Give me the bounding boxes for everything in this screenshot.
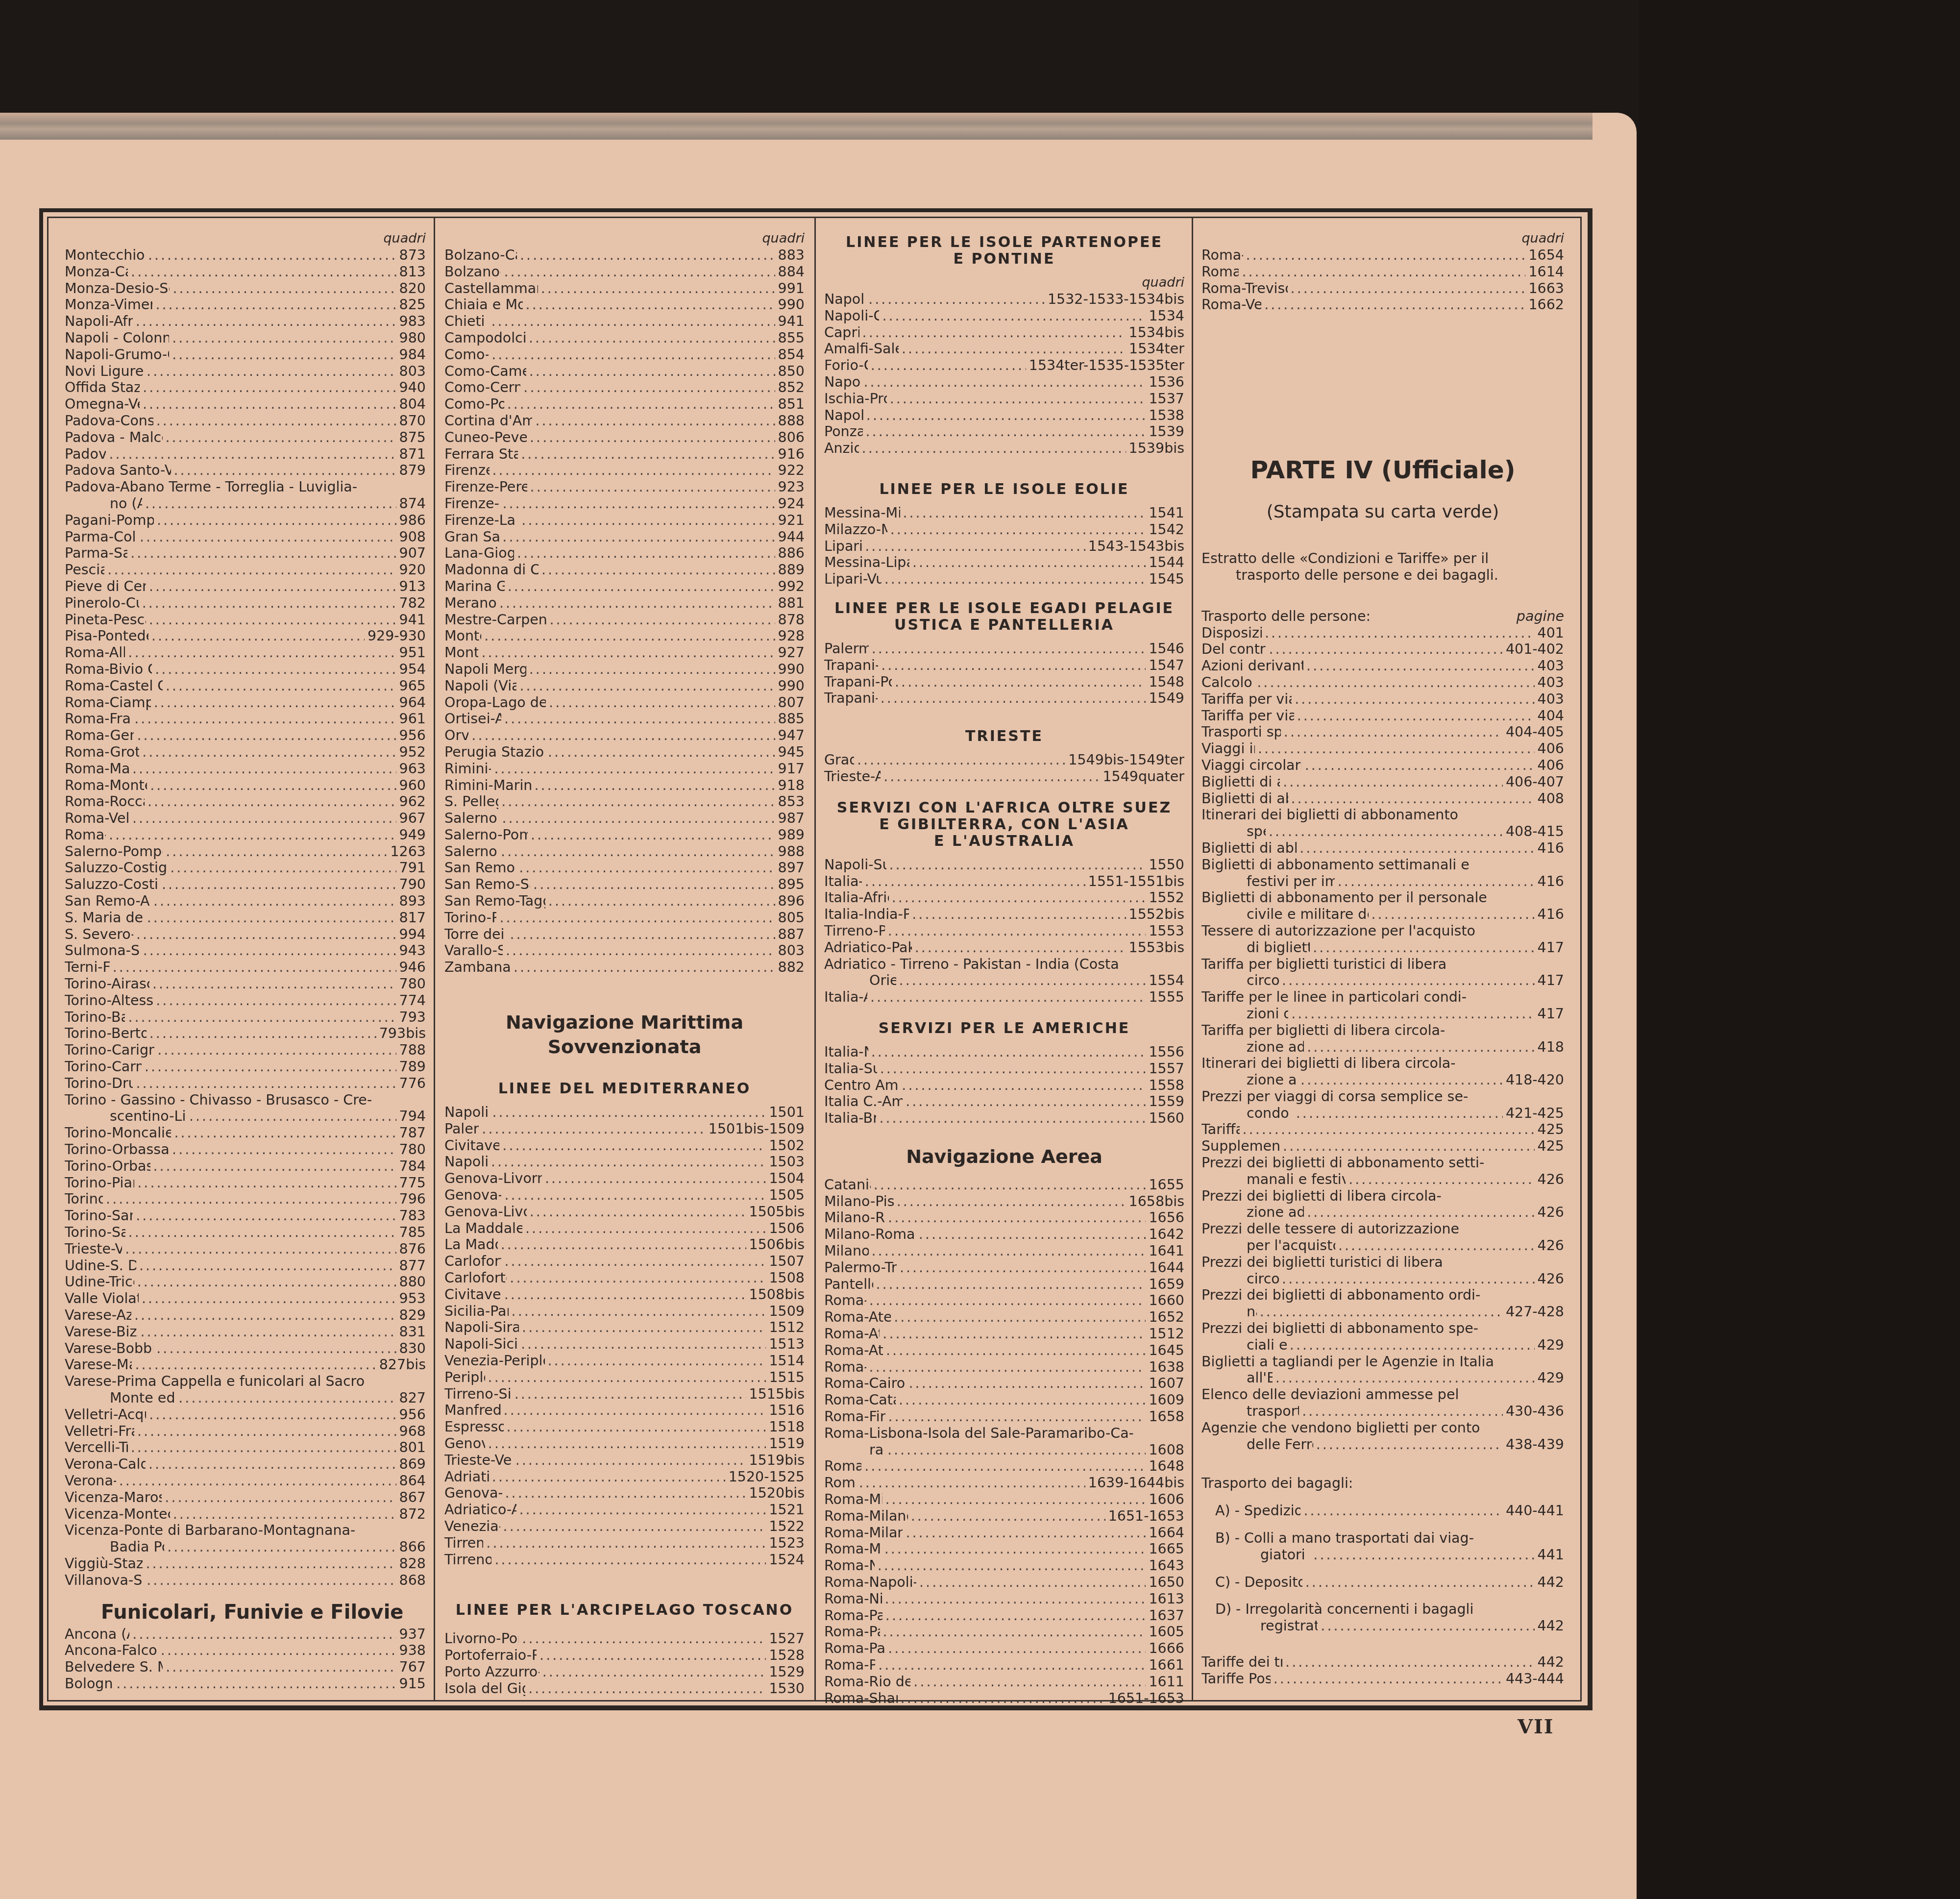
index-entry: Milazzo-Malfa o Rinella1542 bbox=[824, 521, 1184, 538]
index-entry: Biglietti di abbonamento per il personal… bbox=[1201, 889, 1564, 923]
entry-reference-number: 1658bis bbox=[1129, 1193, 1184, 1210]
index-entry: Verona-Caldiero-Sambonifacio869 bbox=[65, 1456, 426, 1473]
entry-reference-number: 1530 bbox=[769, 1680, 805, 1697]
leader-dots bbox=[871, 357, 1026, 374]
entry-name: Pagani-Pompei Santuario (Autom.) bbox=[65, 512, 154, 529]
section-heading-eolie: LINEE PER LE ISOLE EOLIE bbox=[824, 481, 1184, 498]
entry-name: C) - Deposito dei colli nelle stazioni bbox=[1215, 1574, 1302, 1591]
entry-reference-number: 1552bis bbox=[1129, 906, 1184, 923]
index-entry: Chieti (Filovia)941 bbox=[444, 313, 805, 330]
entry-name: Tariffe per le linee in particolari cond… bbox=[1201, 989, 1564, 1006]
entry-reference-number: 851 bbox=[778, 396, 805, 413]
entry-reference-number: 785 bbox=[399, 1224, 426, 1241]
entry-name: Tariffa per biglietti di libera circola- bbox=[1201, 1022, 1564, 1039]
entry-name: Biglietti di abbonamento speciali bbox=[1201, 790, 1288, 807]
entry-reference-number: 929-930 bbox=[367, 628, 426, 644]
leader-dots bbox=[162, 876, 396, 893]
leader-dots bbox=[1269, 641, 1503, 658]
index-list: A) - Spedizioni trasportate in bagagliai… bbox=[1201, 1503, 1564, 1634]
leader-dots bbox=[1265, 625, 1535, 641]
index-entry: Saluzzo-Costigliole-Venasca (Autom.)790 bbox=[65, 876, 426, 893]
entry-reference-number: 803 bbox=[778, 942, 805, 959]
index-entry: Trieste-Ancona-Ravenna1549quater bbox=[824, 768, 1184, 785]
entry-name: Roma-Rio de Janeiro-Buenos Ayres bbox=[824, 1674, 910, 1690]
entry-name: Tariffa per viaggi di andata e ritorno bbox=[1201, 708, 1294, 724]
leader-dots bbox=[494, 1552, 766, 1568]
leader-dots bbox=[504, 1286, 746, 1303]
leader-dots bbox=[880, 1060, 1146, 1077]
entry-name: Cortina d'Ampezzo-Faloria e Pocol bbox=[444, 413, 532, 429]
index-entry: Sicilia-Pantelleria-Tunisi1509 bbox=[444, 1303, 805, 1320]
leader-dots bbox=[1295, 691, 1534, 708]
leader-dots bbox=[529, 330, 775, 346]
leader-dots bbox=[517, 545, 775, 562]
entry-name: Pineta-Pescara Stazione-Zanni bbox=[65, 612, 146, 628]
entry-name: Velletri-Frascati (Autom.) bbox=[65, 1423, 134, 1440]
entry-reference-number: 1560 bbox=[1149, 1110, 1184, 1127]
index-entry: Como-Ponte Chiasso851 bbox=[444, 396, 805, 413]
index-entry: Ponza-Gaeta1539 bbox=[824, 423, 1184, 440]
entry-reference-number: 895 bbox=[778, 876, 805, 893]
column-divider bbox=[434, 217, 435, 1702]
entry-reference-number: 883 bbox=[778, 247, 805, 264]
entry-name: Orvieto bbox=[444, 727, 468, 744]
index-entry: Torino-Sanatorio S. Luigi783 bbox=[65, 1208, 426, 1224]
persone-subheading: Trasporto delle persone: pagine bbox=[1201, 608, 1564, 625]
leader-dots bbox=[142, 744, 396, 761]
entry-name-continued: circolazione bbox=[1247, 972, 1279, 989]
leader-dots bbox=[150, 777, 396, 794]
entry-reference-number: 1655 bbox=[1149, 1177, 1184, 1193]
entry-name: Messina-Milazzo-Eolie-Napoli bbox=[824, 505, 900, 521]
entry-reference-number: 990 bbox=[778, 661, 805, 678]
entry-reference-number: 1614 bbox=[1528, 264, 1564, 280]
index-entry: Civitavecchia-Olbia1502 bbox=[444, 1137, 805, 1154]
entry-reference-number: 1659 bbox=[1149, 1276, 1184, 1293]
leader-dots bbox=[109, 827, 396, 843]
entry-reference-number: 1538 bbox=[1149, 407, 1184, 424]
entry-reference-number: 878 bbox=[778, 612, 805, 628]
index-entry: D) - Irregolarità concernenti i bagaglir… bbox=[1215, 1601, 1564, 1634]
entry-reference-number: 442 bbox=[1538, 1574, 1564, 1591]
index-entry: Lana-Giogo di San Vigilio886 bbox=[444, 545, 805, 562]
entry-reference-number: 775 bbox=[399, 1175, 426, 1191]
leader-dots bbox=[116, 1676, 396, 1692]
entry-name: Prezzi dei biglietti di abbonamento spe- bbox=[1201, 1320, 1564, 1337]
entry-reference-number: 952 bbox=[399, 744, 426, 761]
entry-name: Messina-Lipari-Alicudi e viceversa bbox=[824, 554, 909, 571]
index-entry: La Maddalena-Palau-Bonifacio1506 bbox=[444, 1220, 805, 1237]
leader-dots bbox=[143, 942, 396, 959]
entry-reference-number: 1263 bbox=[390, 843, 426, 860]
entry-name: A) - Spedizioni trasportate in bagagliai… bbox=[1215, 1503, 1300, 1519]
leader-dots bbox=[153, 1158, 396, 1175]
index-entry: Tirreno-Soria1523 bbox=[444, 1535, 805, 1552]
entry-name: Anzio-Ponza bbox=[824, 440, 859, 457]
entry-reference-number: 1537 bbox=[1149, 391, 1184, 407]
leader-dots bbox=[919, 1574, 1146, 1591]
column-2: quadri Bolzano-Cast. del Guncinà883Bolza… bbox=[444, 230, 805, 1697]
entry-reference-number: 1645 bbox=[1149, 1342, 1184, 1359]
entry-reference-number: 1521 bbox=[769, 1502, 805, 1518]
entry-reference-number: 403 bbox=[1538, 674, 1564, 691]
index-entry: Roma-Frascati (Autom.)961 bbox=[65, 711, 426, 727]
leader-dots bbox=[486, 1535, 766, 1552]
entry-reference-number: 994 bbox=[399, 926, 426, 943]
index-entry: Roma-Tel Aviv1654 bbox=[1201, 247, 1564, 264]
entry-reference-number: 429 bbox=[1538, 1370, 1564, 1386]
leader-dots bbox=[881, 690, 1146, 707]
entry-reference-number: 442 bbox=[1538, 1654, 1564, 1671]
entry-name: Roma-Cagliari bbox=[824, 1359, 866, 1376]
entry-name: D) - Irregolarità concernenti i bagagli bbox=[1215, 1601, 1564, 1618]
entry-reference-number: 1551-1551bis bbox=[1088, 873, 1184, 890]
index-entry: Tariffe Postali e Telegrafiche443-444 bbox=[1201, 1671, 1564, 1687]
entry-reference-number: 416 bbox=[1538, 873, 1564, 890]
section-heading-africa: SERVIZI CON L'AFRICA OLTRE SUEZ E GIBILT… bbox=[824, 800, 1184, 850]
leader-dots bbox=[147, 793, 396, 810]
index-entry: Roma-Shannon-Gander-New York1651-1653 bbox=[824, 1690, 1184, 1707]
entry-reference-number: 804 bbox=[399, 396, 426, 413]
entry-reference-number: 1552 bbox=[1149, 889, 1184, 906]
entry-reference-number: 408 bbox=[1538, 790, 1564, 807]
entry-name-continued: zione ad itinerario fisso bbox=[1247, 1072, 1298, 1088]
entry-name: Roma-Genzano (Autom.) bbox=[65, 727, 134, 744]
bagagli-label: Trasporto dei bagagli: bbox=[1201, 1475, 1564, 1492]
index-entry: Torino-Barca-Settimo793 bbox=[65, 1009, 426, 1026]
entry-name: Italia-Brasile-Plata bbox=[824, 1110, 876, 1127]
entry-reference-number: 767 bbox=[399, 1659, 426, 1676]
leader-dots bbox=[912, 906, 1126, 923]
leader-dots bbox=[504, 1402, 766, 1419]
entry-reference-number: 850 bbox=[778, 363, 805, 380]
leader-dots bbox=[492, 1104, 766, 1121]
entry-name: Monza-Vimercate-Trezzo-Bergamo bbox=[65, 296, 152, 313]
entry-reference-number: 1515bis bbox=[749, 1386, 805, 1403]
leader-dots bbox=[548, 744, 775, 761]
index-entry: Padova-Piove871 bbox=[65, 446, 426, 463]
index-entry: Civitavecchia-Cagliari1508bis bbox=[444, 1286, 805, 1303]
index-entry: Sulmona-Stazione (Autom.)943 bbox=[65, 942, 426, 959]
leader-dots bbox=[909, 1375, 1146, 1392]
entry-name: Udine-Tricesimo-Tarcento bbox=[65, 1274, 134, 1290]
index-entry: Roma-Genzano (Autom.)956 bbox=[65, 727, 426, 744]
leader-dots bbox=[506, 942, 775, 959]
index-entry: Roma-Cagliari1638 bbox=[824, 1359, 1184, 1376]
leader-dots bbox=[147, 363, 396, 380]
leader-dots bbox=[1269, 823, 1503, 840]
index-entry: Bolzano-S. Genesio884 bbox=[444, 264, 805, 280]
leader-dots bbox=[1321, 1618, 1534, 1634]
entry-name: Prezzi per viaggi di corsa semplice se- bbox=[1201, 1088, 1564, 1105]
leader-dots bbox=[503, 1518, 766, 1535]
index-entry: Torino-Carignano-Saluzzo (Autom.)788 bbox=[65, 1042, 426, 1059]
index-entry: S. Severo-Torremaggiore994 bbox=[65, 926, 426, 943]
index-entry: Milano-Venezia1641 bbox=[824, 1243, 1184, 1259]
entry-reference-number: 1501bis-1509 bbox=[709, 1121, 805, 1137]
entry-name: Palermo-Trapani-Pantelleria bbox=[824, 1259, 897, 1276]
index-entry: Ischia-Procida-Pozzuoli1537 bbox=[824, 391, 1184, 407]
leader-dots bbox=[862, 440, 1126, 457]
leader-dots bbox=[155, 296, 396, 313]
leader-dots bbox=[901, 1690, 1105, 1707]
entry-reference-number: 1643 bbox=[1149, 1557, 1184, 1574]
leader-dots bbox=[549, 694, 775, 711]
column-1: quadri Montecchio S. Vitale-Chiampo873Mo… bbox=[65, 230, 426, 1692]
entry-reference-number: 917 bbox=[778, 761, 805, 777]
index-entry: Vercelli-Trino (Autom.)801 bbox=[65, 1439, 426, 1456]
leader-dots bbox=[895, 674, 1146, 691]
leader-dots bbox=[885, 1607, 1146, 1624]
index-entry: Napoli-Siracusa-Malta-Tripoli1512 bbox=[444, 1319, 805, 1336]
entry-reference-number: 1641 bbox=[1149, 1243, 1184, 1259]
leader-dots bbox=[128, 1224, 396, 1241]
entry-reference-number: 1503 bbox=[769, 1154, 805, 1170]
leader-dots bbox=[530, 1204, 746, 1220]
entry-name: S. Maria della Versa-Stradella bbox=[65, 910, 144, 926]
index-entry: Tariffa per viaggi di andata e ritorno40… bbox=[1201, 708, 1564, 724]
entry-name: Como-Ponte Chiasso bbox=[444, 396, 504, 413]
index-entry: Italia-Australia1555 bbox=[824, 989, 1184, 1006]
entry-name: Padova Santo-Venezia Piazz. Roma (Autom.… bbox=[65, 462, 171, 479]
entry-reference-number: 1520bis bbox=[749, 1485, 805, 1502]
entry-name-continued: all'Estero bbox=[1247, 1370, 1273, 1386]
entry-name: Napoli-Siracusa-Malta-Tripoli bbox=[444, 1319, 519, 1336]
entry-reference-number: 1544 bbox=[1149, 554, 1184, 571]
leader-dots bbox=[131, 264, 396, 280]
section-heading-partenopee: LINEE PER LE ISOLE PARTENOPEE E PONTINE bbox=[824, 234, 1184, 268]
entry-name: Varese-Bizzozero (Autom.) bbox=[65, 1324, 138, 1340]
entry-reference-number: 1650 bbox=[1149, 1574, 1184, 1591]
entry-name: Adriatico - Tirreno - Pakistan - India (… bbox=[824, 956, 1184, 973]
entry-reference-number: 1523 bbox=[769, 1535, 805, 1552]
leader-dots bbox=[521, 1336, 766, 1353]
leader-dots bbox=[1282, 972, 1535, 989]
leader-dots bbox=[125, 1241, 396, 1258]
entry-reference-number: 949 bbox=[399, 827, 426, 843]
entry-name: Agenzie che vendono biglietti per conto bbox=[1201, 1420, 1564, 1436]
entry-name: Ancona-Falconara Marittima (Filovia) bbox=[65, 1642, 158, 1659]
entry-reference-number: 956 bbox=[399, 1406, 426, 1423]
entry-reference-number: 803 bbox=[399, 363, 426, 380]
index-entry: Firenze-Fiesole922 bbox=[444, 462, 805, 479]
index-entry: Varese-Masnago (Autom.)827bis bbox=[65, 1356, 426, 1373]
entry-reference-number: 784 bbox=[399, 1158, 426, 1175]
entry-reference-number: 828 bbox=[399, 1555, 426, 1572]
leader-dots bbox=[174, 462, 396, 479]
index-entry: Montecchio S. Vitale-Chiampo873 bbox=[65, 247, 426, 264]
entry-name: Napoli-Cagliari bbox=[444, 1154, 488, 1170]
entry-name: Italia-Africa occidentale bbox=[824, 889, 889, 906]
entry-name: Roma-Cairo-Asmara-Mogadiscio bbox=[824, 1375, 906, 1392]
leader-dots bbox=[900, 1259, 1146, 1276]
section-heading-mediterraneo: LINEE DEL MEDITERRANEO bbox=[444, 1081, 805, 1097]
entry-name: Genova-Livorno-Bastia-Porto Torres bbox=[444, 1204, 527, 1220]
book-spine-background bbox=[1639, 0, 1960, 1899]
index-entry: Montenero927 bbox=[444, 644, 805, 661]
index-list: Roma-Tel Aviv1654Roma-Torino1614Roma-Tre… bbox=[1201, 247, 1564, 313]
index-entry: Espresso Italia-Egitto1518 bbox=[444, 1419, 805, 1435]
entry-name: Milano-Roma-Palermo bbox=[824, 1209, 885, 1226]
entry-name: Torino-Altessano-Venaria (Autom.) bbox=[65, 992, 153, 1009]
leader-dots bbox=[870, 989, 1146, 1006]
leader-dots bbox=[542, 1664, 766, 1680]
entry-reference-number: 1638 bbox=[1149, 1359, 1184, 1376]
entry-name: Tirreno-Soria bbox=[444, 1535, 483, 1552]
leader-dots bbox=[1305, 1574, 1535, 1591]
parte-iv-subtitle: (Stampata su carta verde) bbox=[1201, 501, 1564, 523]
entry-name: Varese-Azzate (Autom.) bbox=[65, 1307, 131, 1324]
index-entry: Italia C.-America-Nord Pacifico1559 bbox=[824, 1093, 1184, 1110]
index-entry: Carloforte-Calasetta1507 bbox=[444, 1253, 805, 1270]
entry-reference-number: 1512 bbox=[1149, 1326, 1184, 1342]
index-entry: Capri-Napoli1534bis bbox=[824, 324, 1184, 341]
index-entry: Italia-Sud Africa1551-1551bis bbox=[824, 873, 1184, 890]
entry-name: Roma-Milano-Nizza-Barcellona bbox=[824, 1525, 903, 1541]
entry-reference-number: 1559 bbox=[1149, 1093, 1184, 1110]
leader-dots bbox=[526, 296, 775, 313]
index-entry: Venezia-Cipro-Caifa1522 bbox=[444, 1518, 805, 1535]
leader-dots bbox=[912, 554, 1146, 571]
index-entry: Roma-Lisbona-Isola del Sale-Paramaribo-C… bbox=[824, 1425, 1184, 1458]
entry-name: Salerno-Pompei Villa dei Misteri bbox=[444, 827, 528, 843]
entry-name: Cuneo-Peveragno-Chiusa Pesio bbox=[444, 429, 527, 446]
entry-name-continued: giatori nelle carrozze bbox=[1260, 1547, 1310, 1563]
entry-name-continued: scentino-Livorno Ferraris (Autom.) bbox=[110, 1108, 186, 1125]
index-entry: Catania-Comiso1655 bbox=[824, 1177, 1184, 1193]
entry-reference-number: 941 bbox=[399, 612, 426, 628]
entry-reference-number: 1665 bbox=[1149, 1541, 1184, 1557]
entry-name: Napoli-Afragola-Caivano bbox=[65, 313, 133, 330]
index-entry: Roma-Bivio Grottaferrata-Frascati954 bbox=[65, 661, 426, 678]
index-entry: Salerno-Calvanico988 bbox=[444, 843, 805, 860]
leader-dots bbox=[147, 1572, 396, 1589]
entry-reference-number: 793bis bbox=[379, 1025, 426, 1042]
entry-name: Torino-Pino-Chieri bbox=[444, 910, 496, 926]
entry-name: Ponza-Gaeta bbox=[824, 423, 863, 440]
entry-name: Vercelli-Trino (Autom.) bbox=[65, 1439, 128, 1456]
index-entry: Genova-Pireo-Istanbul1520bis bbox=[444, 1485, 805, 1502]
entry-reference-number: 404-405 bbox=[1506, 724, 1564, 740]
index-entry: Prezzi dei biglietti di abbonamento spe-… bbox=[1201, 1320, 1564, 1354]
index-entry: Itinerari dei biglietti di libera circol… bbox=[1201, 1055, 1564, 1088]
leader-dots bbox=[1242, 264, 1525, 280]
leader-dots bbox=[141, 1324, 396, 1340]
index-entry: Viggiù-Staz. Bisuschio-Viggiù828 bbox=[65, 1555, 426, 1572]
leader-dots bbox=[167, 1539, 396, 1555]
leader-dots bbox=[902, 341, 1126, 357]
index-entry: Roma-Marino (Autom.)963 bbox=[65, 761, 426, 777]
entry-reference-number: 1541 bbox=[1149, 505, 1184, 521]
entry-reference-number: 922 bbox=[778, 462, 805, 479]
leader-dots bbox=[887, 1442, 1146, 1458]
entry-name: Napoli-Suez-Chisimaio bbox=[824, 857, 886, 873]
leader-dots bbox=[136, 1208, 396, 1224]
entry-reference-number: 1516 bbox=[769, 1402, 805, 1419]
entry-name: Itinerari dei biglietti di libera circol… bbox=[1201, 1055, 1564, 1072]
index-list: Catania-Comiso1655Milano-Pisa-Alghero-Ca… bbox=[824, 1177, 1184, 1707]
index-entry: La Maddalena-Palau1506bis bbox=[444, 1236, 805, 1253]
leader-dots bbox=[902, 1077, 1146, 1094]
leader-dots bbox=[151, 628, 365, 644]
entry-reference-number: 426 bbox=[1538, 1171, 1564, 1188]
entry-reference-number: 813 bbox=[399, 264, 426, 280]
entry-name: Sicilia-Pantelleria-Tunisi bbox=[444, 1303, 509, 1320]
entry-name: Padova-Abano Terme - Torreglia - Luvigli… bbox=[65, 479, 426, 495]
entry-reference-number: 992 bbox=[778, 578, 805, 595]
index-entry: Adriatico-Pakistan-India (Costa Occid.)1… bbox=[824, 939, 1184, 956]
column-header-quadri: quadri bbox=[444, 230, 805, 247]
entry-name: Biglietti di abbonamento per il personal… bbox=[1201, 889, 1564, 906]
entry-name: Torino-Carignano-Saluzzo (Autom.) bbox=[65, 1042, 154, 1059]
entry-reference-number: 825 bbox=[399, 296, 426, 313]
entry-name: Trapani-Isole Egadi bbox=[824, 657, 878, 674]
index-entry: Roma-Atene-Beyrut1512 bbox=[824, 1326, 1184, 1342]
index-entry: Adriatico-Istanbul1520-1525 bbox=[444, 1469, 805, 1485]
entry-name: Oropa-Lago del Mucrone e Monte Camino bbox=[444, 694, 546, 711]
index-entry: Como-Cernobbio-Maslianico852 bbox=[444, 379, 805, 396]
entry-reference-number: 1506 bbox=[769, 1220, 805, 1237]
entry-name: Verona-Grezzana bbox=[65, 1473, 116, 1489]
index-entry: Parma-Sala-Marzolara907 bbox=[65, 545, 426, 562]
entry-reference-number: 986 bbox=[399, 512, 426, 529]
leader-dots bbox=[1302, 1403, 1503, 1420]
entry-reference-number: 1654 bbox=[1528, 247, 1564, 264]
index-entry: Torino-Orbassano-Piossasco-Cumiana(Aut.)… bbox=[65, 1141, 426, 1158]
index-entry: C) - Deposito dei colli nelle stazioni44… bbox=[1215, 1574, 1564, 1591]
entry-name: Ancona (Autofilovie di) bbox=[65, 1626, 129, 1643]
entry-name: Roma-Parigi-Londra bbox=[824, 1624, 880, 1640]
index-entry: Lipari-Vulcano-Celso1545 bbox=[824, 571, 1184, 588]
entry-reference-number: 418 bbox=[1538, 1039, 1564, 1056]
index-entry: Montecatini928 bbox=[444, 628, 805, 644]
leader-dots bbox=[154, 694, 396, 711]
leader-dots bbox=[1372, 906, 1535, 923]
entry-name: Napoli - Colonne Giugl. - Aversa - Giugl… bbox=[65, 330, 169, 346]
index-entry: Roma-Atene-Istanbul1645 bbox=[824, 1342, 1184, 1359]
index-entry: San Remo-Arma di Taggia-Taggia893 bbox=[65, 893, 426, 910]
index-list: Palermo-Ustica1546Trapani-Isole Egadi154… bbox=[824, 641, 1184, 707]
entry-name: Tariffa per biglietti turistici di liber… bbox=[1201, 956, 1564, 973]
index-entry: Oropa-Lago del Mucrone e Monte Camino807 bbox=[444, 694, 805, 711]
entry-reference-number: 1524 bbox=[769, 1552, 805, 1568]
entry-name: Como-Brunate bbox=[444, 346, 489, 363]
index-entry: Isola del Giglio-Porto S. Stefano1530 bbox=[444, 1680, 805, 1697]
entry-name: Saluzzo-Costigliole-Busca-Cuneo (Autom.) bbox=[65, 860, 167, 876]
entry-name: Roma-Bivio Grottaferrata-Frascati bbox=[65, 661, 152, 678]
entry-name: Bolzano-S. Genesio bbox=[444, 264, 501, 280]
leader-dots bbox=[535, 413, 775, 429]
entry-reference-number: 954 bbox=[399, 661, 426, 678]
entry-name-continued: di biglietti a prezzo ridotto bbox=[1247, 939, 1310, 956]
index-entry: Calcolo dei prezzi403 bbox=[1201, 674, 1564, 691]
index-entry: Varese-Bobbiate-Belforte (Autom.)830 bbox=[65, 1340, 426, 1357]
entry-reference-number: 1547 bbox=[1149, 657, 1184, 674]
leader-dots bbox=[161, 1642, 396, 1659]
entry-name: Torino-Orbassano-Trana-Giaveno bbox=[65, 1158, 150, 1175]
entry-name: Salerno-Pompei Villa dei Misteri (Autom.… bbox=[65, 843, 163, 860]
index-entry: Roma-Castel Gandolfo-Marino (Autom.)965 bbox=[65, 678, 426, 694]
index-entry: Como-Camerlata-Albate-Cantù850 bbox=[444, 363, 805, 380]
entry-name: Milano-Venezia bbox=[824, 1243, 869, 1259]
entry-reference-number: 963 bbox=[399, 761, 426, 777]
leader-dots bbox=[134, 711, 396, 727]
entry-name-continued: circolazione bbox=[1247, 1271, 1279, 1287]
entry-name: Pisa-Pontedera e Pisa-Calci (Autom.) bbox=[65, 628, 148, 644]
entry-reference-number: 1508bis bbox=[749, 1286, 805, 1303]
entry-reference-number: 1664 bbox=[1149, 1525, 1184, 1541]
leader-dots bbox=[872, 641, 1146, 657]
